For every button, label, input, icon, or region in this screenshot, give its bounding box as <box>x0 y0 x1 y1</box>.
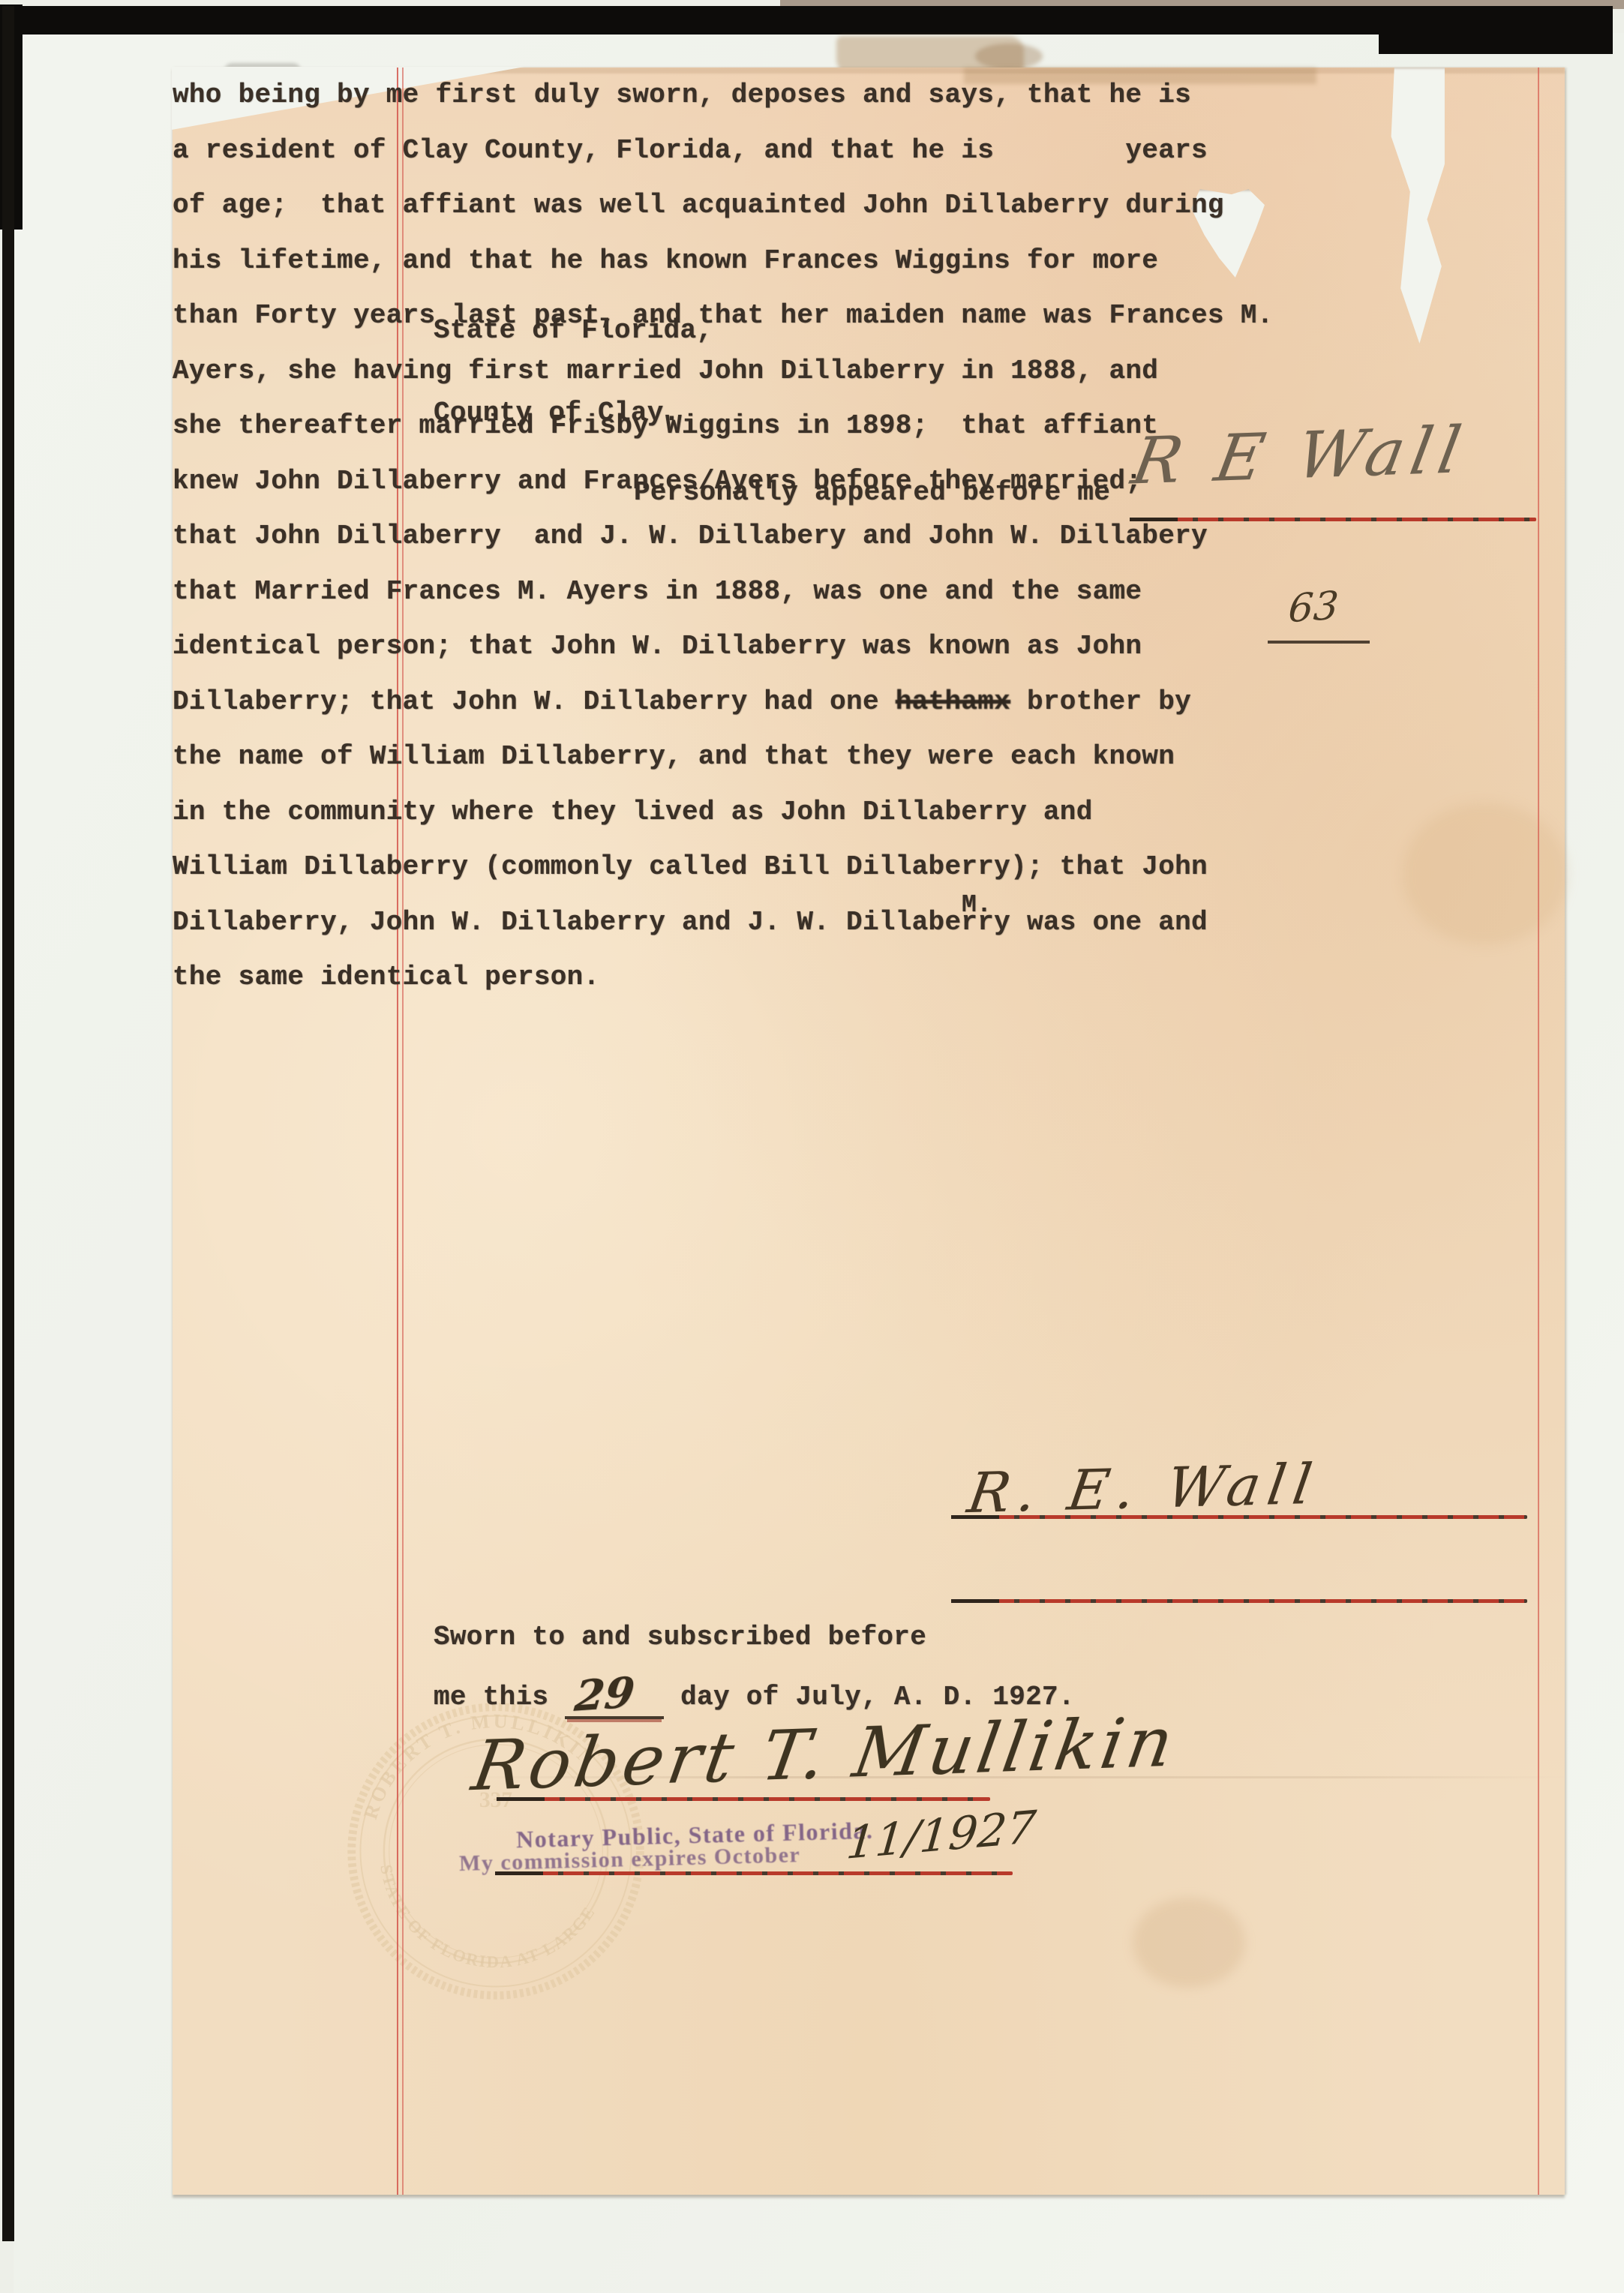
age-underline <box>1268 641 1370 644</box>
typed-line-4: his lifetime, and that he has known Fran… <box>173 233 1565 289</box>
day-blank: 29 <box>565 1682 664 1719</box>
typed-line-2: a resident of Clay County, Florida, and … <box>173 123 1565 179</box>
typed-line-15: William Dillaberry (commonly called Bill… <box>173 839 1565 895</box>
date-line-pre: me this <box>434 1682 565 1712</box>
typed-line-1: who being by me first duly sworn, depose… <box>173 68 1565 123</box>
typed-line-6: Ayers, she having first married John Dil… <box>173 344 1565 399</box>
paper-stain <box>1133 1898 1245 1988</box>
inserted-initial: M. <box>962 891 992 919</box>
typed-line-8: knew John Dillaberry and Frances/Ayers b… <box>173 454 1565 509</box>
typed-line-13: the name of William Dillaberry, and that… <box>173 729 1565 785</box>
typed-line-14: in the community where they lived as Joh… <box>173 785 1565 840</box>
typed-line-11: identical person; that John W. Dillaberr… <box>173 619 1565 674</box>
scan-black-left-strip <box>2 6 14 2241</box>
sworn-line: Sworn to and subscribed before <box>434 1622 926 1652</box>
day-handwritten: 29 <box>572 1667 637 1721</box>
typed-line-16: Dillaberry, John W. Dillaberry and J. W.… <box>173 895 1565 950</box>
scan-black-corner-right <box>1379 6 1613 54</box>
typed-line-9: that John Dillaberry and J. W. Dillabery… <box>173 509 1565 564</box>
notary-signature-line <box>497 1797 990 1801</box>
affidavit-page: ROBERT T. MULLIKIN STATE OF FLORIDA AT L… <box>173 68 1565 2195</box>
typed-line-10: that Married Frances M. Ayers in 1888, w… <box>173 564 1565 620</box>
typed-line-17: the same identical person. <box>173 950 1565 1005</box>
age-handwritten: 63 <box>1287 584 1340 632</box>
typed-line-7: she thereafter married Frisby Wiggins in… <box>173 398 1565 454</box>
signature-line-1 <box>951 1515 1527 1519</box>
typed-line-3: of age; that affiant was well acquainted… <box>173 178 1565 233</box>
affidavit-body: who being by me first duly sworn, depose… <box>173 68 1565 1005</box>
signature-line-2 <box>951 1599 1527 1603</box>
tape-remnant-mark-small <box>975 44 1043 69</box>
scan-black-band <box>14 6 1613 35</box>
commission-date-handwritten: 11/1927 <box>844 1801 1037 1869</box>
typed-line-12: Dillaberry; that John W. Dillaberry had … <box>173 674 1565 730</box>
typed-line-5: than Forty years last past, and that her… <box>173 288 1565 344</box>
commission-line <box>495 1871 1013 1875</box>
struck-out-word: hathamx <box>896 686 1010 717</box>
